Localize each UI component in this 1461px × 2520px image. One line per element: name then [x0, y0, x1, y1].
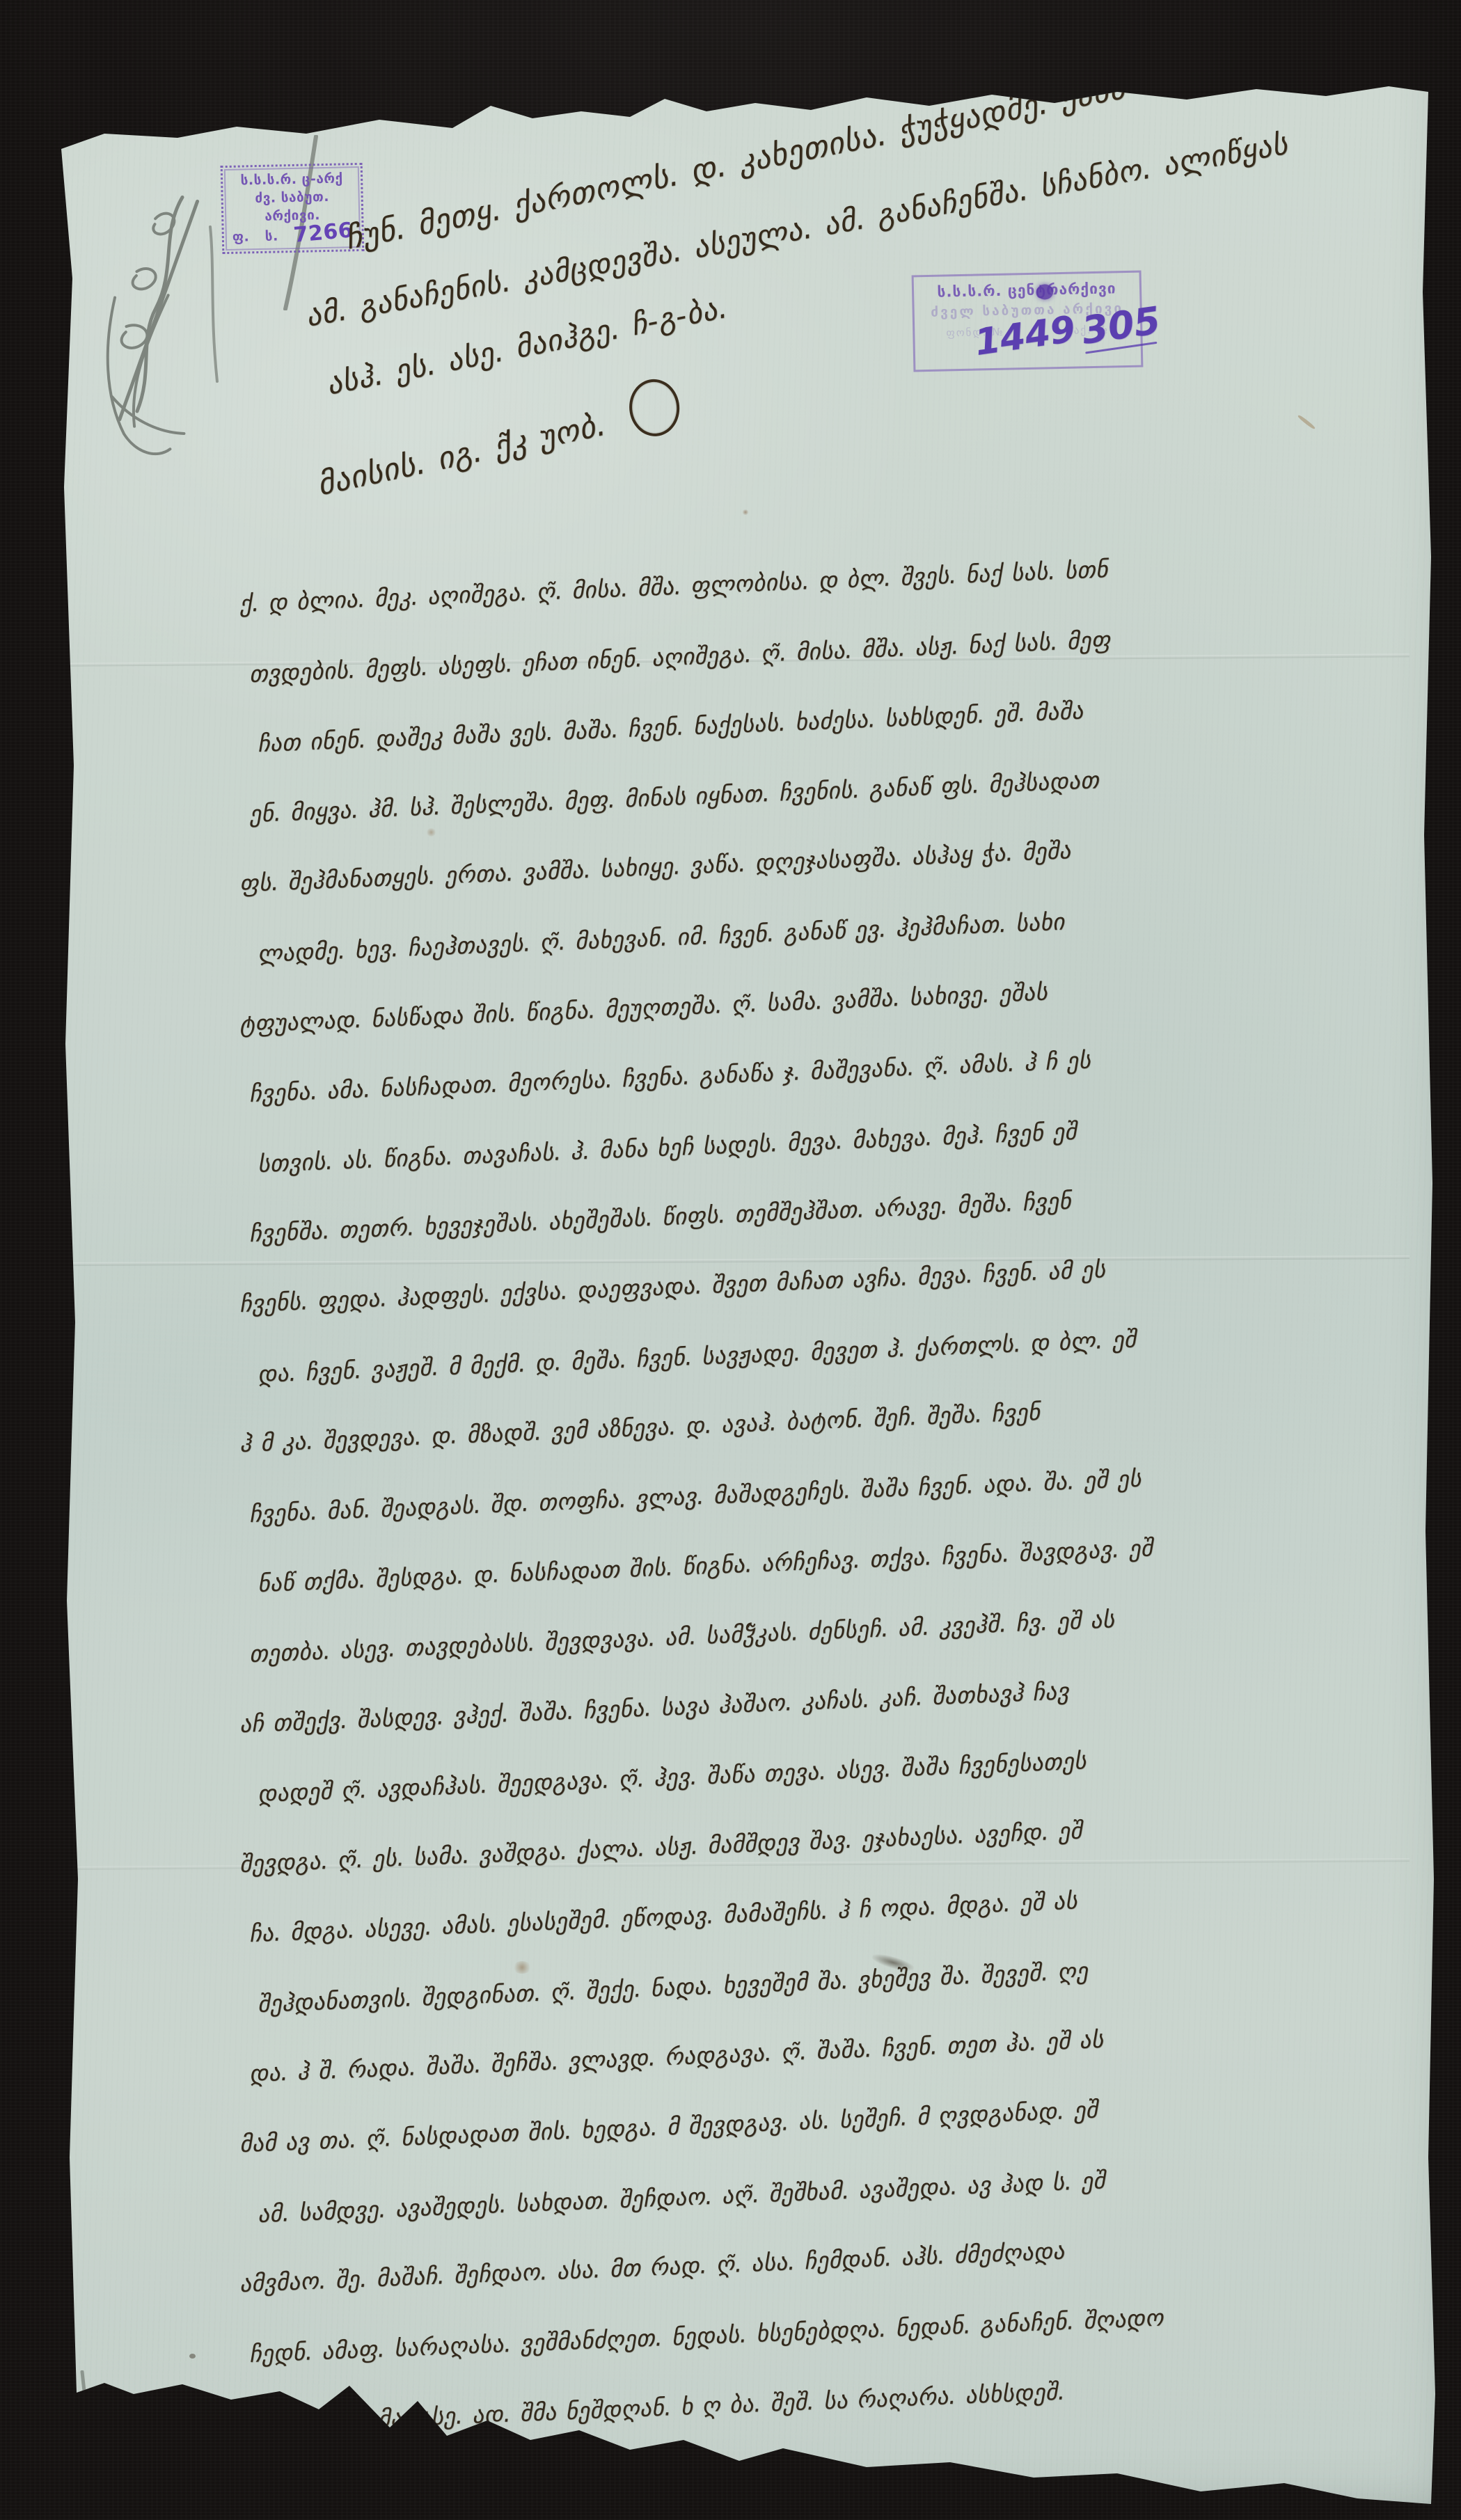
- paper-edge-shading: [0, 0, 1461, 2520]
- manuscript-paper-sheet: ს.ს.ს.რ. ც-არქ ძვ. საბუთ. არქივი. ფ. ს. …: [0, 0, 1461, 2520]
- scan-background: { "document": { "pencil_annotation": "№ …: [0, 0, 1461, 2520]
